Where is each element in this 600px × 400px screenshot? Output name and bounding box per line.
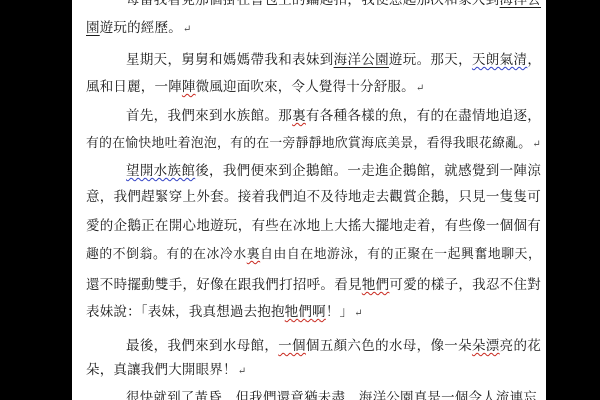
paragraph-mark-icon: ↵ xyxy=(182,24,192,35)
text-line[interactable]: 最後，我們來到水母館，一個個五顏六色的水母，像一朵朵漂亮的花 xyxy=(86,338,541,355)
text-run: 微風迎面吹來，令人覺得十分舒服。 xyxy=(196,79,415,95)
text-line[interactable]: 意，我們趕緊穿上外套。接着我們迫不及待地走去觀賞企鵝，只見一隻隻可 xyxy=(86,189,541,206)
document-page[interactable]: 每當我看見那個掛在書包上的鑰匙扣，我便想起那次和家人到海洋公園遊玩的經歷。↵星期… xyxy=(72,0,546,400)
spelling-error-text: 裏 xyxy=(247,247,260,262)
spelling-error-text: 牠們 xyxy=(362,277,390,293)
text-line[interactable]: 園遊玩的經歷。↵ xyxy=(86,20,541,37)
text-run: 風和日麗，一陣 xyxy=(86,79,182,95)
text-run: 朵，真讓我們大開眼界！ xyxy=(86,362,237,378)
text-run: 有各種各樣的魚，有的在盡情地追逐， xyxy=(306,108,541,124)
text-line[interactable]: 有的在愉快地吐着泡泡，有的在一旁靜靜地欣賞海底美景，看得我眼花繚亂。↵ xyxy=(86,135,541,152)
text-line[interactable]: 風和日麗，一陣陣微風迎面吹來，令人覺得十分舒服。↵ xyxy=(86,79,541,96)
paragraph-mark-icon: ↵ xyxy=(353,308,363,319)
text-line[interactable]: 表妹說：「表妹，我真想過去抱抱牠們啊！」↵ xyxy=(86,304,541,321)
text-line[interactable]: 趣的不倒翁。有的在冰冷水裏自由自在地游泳，有的正聚在一起興奮地聊天， xyxy=(86,246,541,263)
text-line[interactable]: 每當我看見那個掛在書包上的鑰匙扣，我便想起那次和家人到海洋公 xyxy=(86,0,541,9)
text-run: 最後，我們來到水母館， xyxy=(126,338,278,354)
text-line[interactable]: 望開水族館後，我們便來到企鵝館。一走進企鵝館，就感覺到一陣涼 xyxy=(86,163,541,180)
paragraph-mark-icon: ↵ xyxy=(237,366,247,377)
text-line[interactable]: 朵，真讓我們大開眼界！↵ xyxy=(86,362,541,379)
text-run: 可愛的樣子，我忍不住對 xyxy=(389,277,541,293)
spelling-error-text: 裏 xyxy=(292,108,306,124)
text-run: 遊玩。那天， xyxy=(389,52,472,68)
text-run: ！」 xyxy=(326,304,353,320)
grammar-error-text: 望開水族館 xyxy=(126,163,195,179)
text-run: 表妹說：「表妹，我真想過去抱抱 xyxy=(86,304,285,320)
text-run: 愛的企鵝正在開心地遊玩，有些在冰地上大搖大擺地走着，有些像一個個有 xyxy=(86,218,541,234)
text-run: 亮的花 xyxy=(500,338,541,354)
underlined-text: 園 xyxy=(86,20,100,36)
text-run: 個五顏六色的水母，像一朵 xyxy=(306,338,472,354)
spelling-error-text: 陣 xyxy=(182,79,196,95)
text-run: 意，我們趕緊穿上外套。接着我們迫不及待地走去觀賞企鵝，只見一隻隻可 xyxy=(86,189,541,205)
text-run: 星期天，舅舅和媽媽帶我和表妹到 xyxy=(126,52,334,68)
text-line[interactable]: 很快就到了黃昏，但我們還意猶未盡，海洋公園真是一個令人流連忘 xyxy=(86,390,541,400)
text-run: 遊玩的經歷。 xyxy=(100,20,182,36)
grammar-error-text: 天朗氣清 xyxy=(472,52,527,68)
letterbox-right xyxy=(546,0,600,400)
viewer-background: 每當我看見那個掛在書包上的鑰匙扣，我便想起那次和家人到海洋公園遊玩的經歷。↵星期… xyxy=(0,0,600,400)
text-run: 很快就到了黃昏，但我們還意猶未盡，海洋公園真是一個令人流連忘 xyxy=(126,390,537,400)
text-line[interactable]: 首先，我們來到水族館。那裏有各種各樣的魚，有的在盡情地追逐， xyxy=(86,108,541,125)
text-line[interactable]: 還不時擺動雙手，好像在跟我們打招呼。看見牠們可愛的樣子，我忍不住對 xyxy=(86,277,541,294)
text-run: ， xyxy=(527,52,541,68)
underlined-text: 海洋公 xyxy=(500,0,541,8)
text-run: 首先，我們來到水族館。那 xyxy=(126,108,292,124)
text-line[interactable]: 愛的企鵝正在開心地遊玩，有些在冰地上大搖大擺地走着，有些像一個個有 xyxy=(86,218,541,235)
spelling-error-text: 一個 xyxy=(278,338,306,354)
underlined-text: 海洋公園 xyxy=(334,52,389,68)
text-run: 自由自在地游泳，有的正聚在一起興奮地聊天， xyxy=(260,247,541,262)
letterbox-left xyxy=(0,0,72,400)
spelling-error-text: 朵漂 xyxy=(472,338,500,354)
text-run: 還不時擺動雙手，好像在跟我們打招呼。看見 xyxy=(86,277,362,293)
paragraph-mark-icon: ↵ xyxy=(531,139,541,150)
text-run: 趣的不倒翁。有的在冰冷水 xyxy=(86,247,247,262)
text-run: 有的在愉快地吐着泡泡，有的在一旁靜靜地欣賞海底美景，看得我眼花繚亂。 xyxy=(86,136,531,151)
paragraph-mark-icon: ↵ xyxy=(415,83,425,94)
text-run: 後，我們便來到企鵝館。一走進企鵝館，就感覺到一陣涼 xyxy=(195,163,541,179)
text-line[interactable]: 星期天，舅舅和媽媽帶我和表妹到海洋公園遊玩。那天，天朗氣清， xyxy=(86,52,541,69)
spelling-error-text: 牠們啊 xyxy=(285,304,326,320)
text-run: 每當我看見那個掛在書包上的鑰匙扣，我便想起那次和家人到 xyxy=(126,0,500,8)
